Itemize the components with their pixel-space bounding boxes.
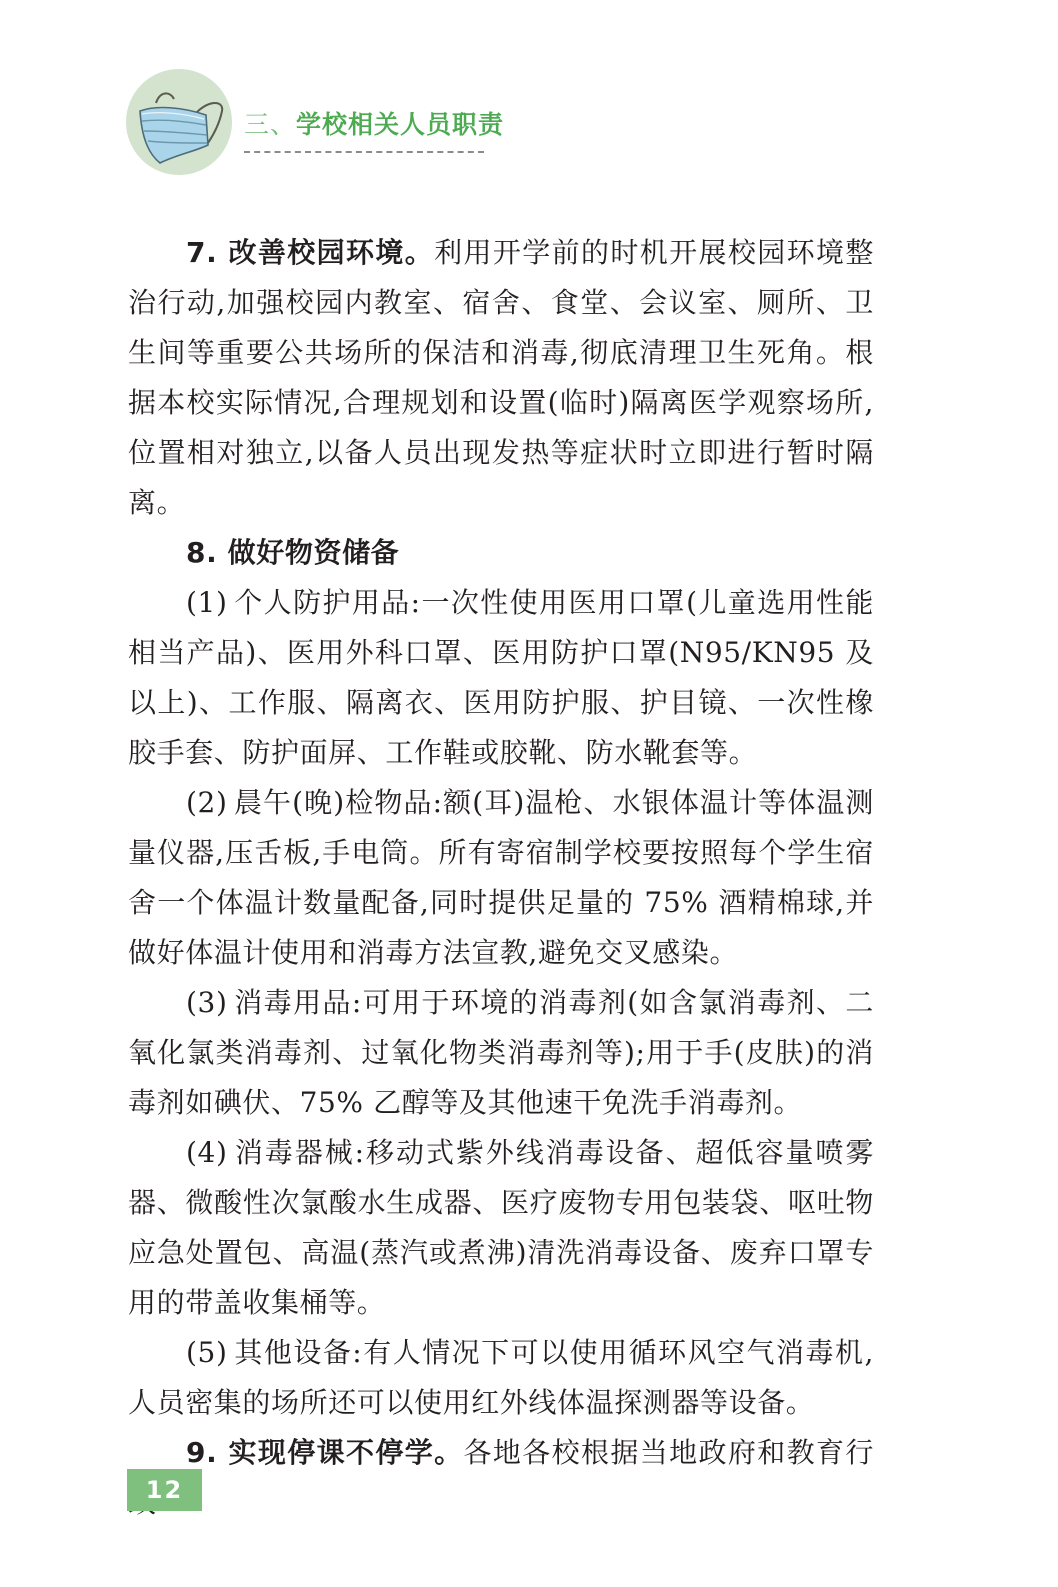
item-1-number: (1) xyxy=(186,586,227,619)
section-8-paragraph: 8. 做好物资储备 xyxy=(128,528,874,578)
chapter-icon-circle xyxy=(126,69,232,175)
face-mask-icon xyxy=(126,69,232,175)
item-1-paragraph: (1)个人防护用品:一次性使用医用口罩(儿童选用性能相当产品)、医用外科口罩、医… xyxy=(128,578,874,778)
section-7-heading: 7. 改善校园环境。 xyxy=(186,236,434,269)
item-3-text: 消毒用品:可用于环境的消毒剂(如含氯消毒剂、二氧化氯类消毒剂、过氧化物类消毒剂等… xyxy=(128,986,874,1119)
item-5-paragraph: (5)其他设备:有人情况下可以使用循环风空气消毒机,人员密集的场所还可以使用红外… xyxy=(128,1328,874,1428)
chapter-header: 三、学校相关人员职责 xyxy=(126,69,526,175)
title-dashed-divider xyxy=(244,151,484,153)
section-7-paragraph: 7. 改善校园环境。利用开学前的时机开展校园环境整治行动,加强校园内教室、宿舍、… xyxy=(128,228,874,528)
section-9-paragraph: 9. 实现停课不停学。各地各校根据当地政府和教育行政 xyxy=(128,1428,874,1528)
section-8-heading: 8. 做好物资储备 xyxy=(186,536,399,569)
item-3-number: (3) xyxy=(186,986,227,1019)
item-4-text: 消毒器械:移动式紫外线消毒设备、超低容量喷雾器、微酸性次氯酸水生成器、医疗废物专… xyxy=(128,1136,874,1319)
item-2-number: (2) xyxy=(186,786,227,819)
item-3-paragraph: (3)消毒用品:可用于环境的消毒剂(如含氯消毒剂、二氧化氯类消毒剂、过氧化物类消… xyxy=(128,978,874,1128)
page-body: 7. 改善校园环境。利用开学前的时机开展校园环境整治行动,加强校园内教室、宿舍、… xyxy=(128,228,874,1528)
item-5-text: 其他设备:有人情况下可以使用循环风空气消毒机,人员密集的场所还可以使用红外线体温… xyxy=(128,1336,874,1419)
item-5-number: (5) xyxy=(186,1336,227,1369)
section-9-heading: 9. 实现停课不停学。 xyxy=(186,1436,463,1469)
page-number-badge: 12 xyxy=(127,1469,202,1511)
item-4-paragraph: (4)消毒器械:移动式紫外线消毒设备、超低容量喷雾器、微酸性次氯酸水生成器、医疗… xyxy=(128,1128,874,1328)
chapter-title: 三、学校相关人员职责 xyxy=(244,105,504,141)
item-2-text: 晨午(晚)检物品:额(耳)温枪、水银体温计等体温测量仪器,压舌板,手电筒。所有寄… xyxy=(128,786,874,969)
chapter-number: 三、 xyxy=(244,110,296,139)
item-2-paragraph: (2)晨午(晚)检物品:额(耳)温枪、水银体温计等体温测量仪器,压舌板,手电筒。… xyxy=(128,778,874,978)
item-1-text: 个人防护用品:一次性使用医用口罩(儿童选用性能相当产品)、医用外科口罩、医用防护… xyxy=(128,586,874,769)
section-7-text: 利用开学前的时机开展校园环境整治行动,加强校园内教室、宿舍、食堂、会议室、厕所、… xyxy=(128,236,874,519)
chapter-title-text: 学校相关人员职责 xyxy=(296,110,504,139)
item-4-number: (4) xyxy=(186,1136,227,1169)
